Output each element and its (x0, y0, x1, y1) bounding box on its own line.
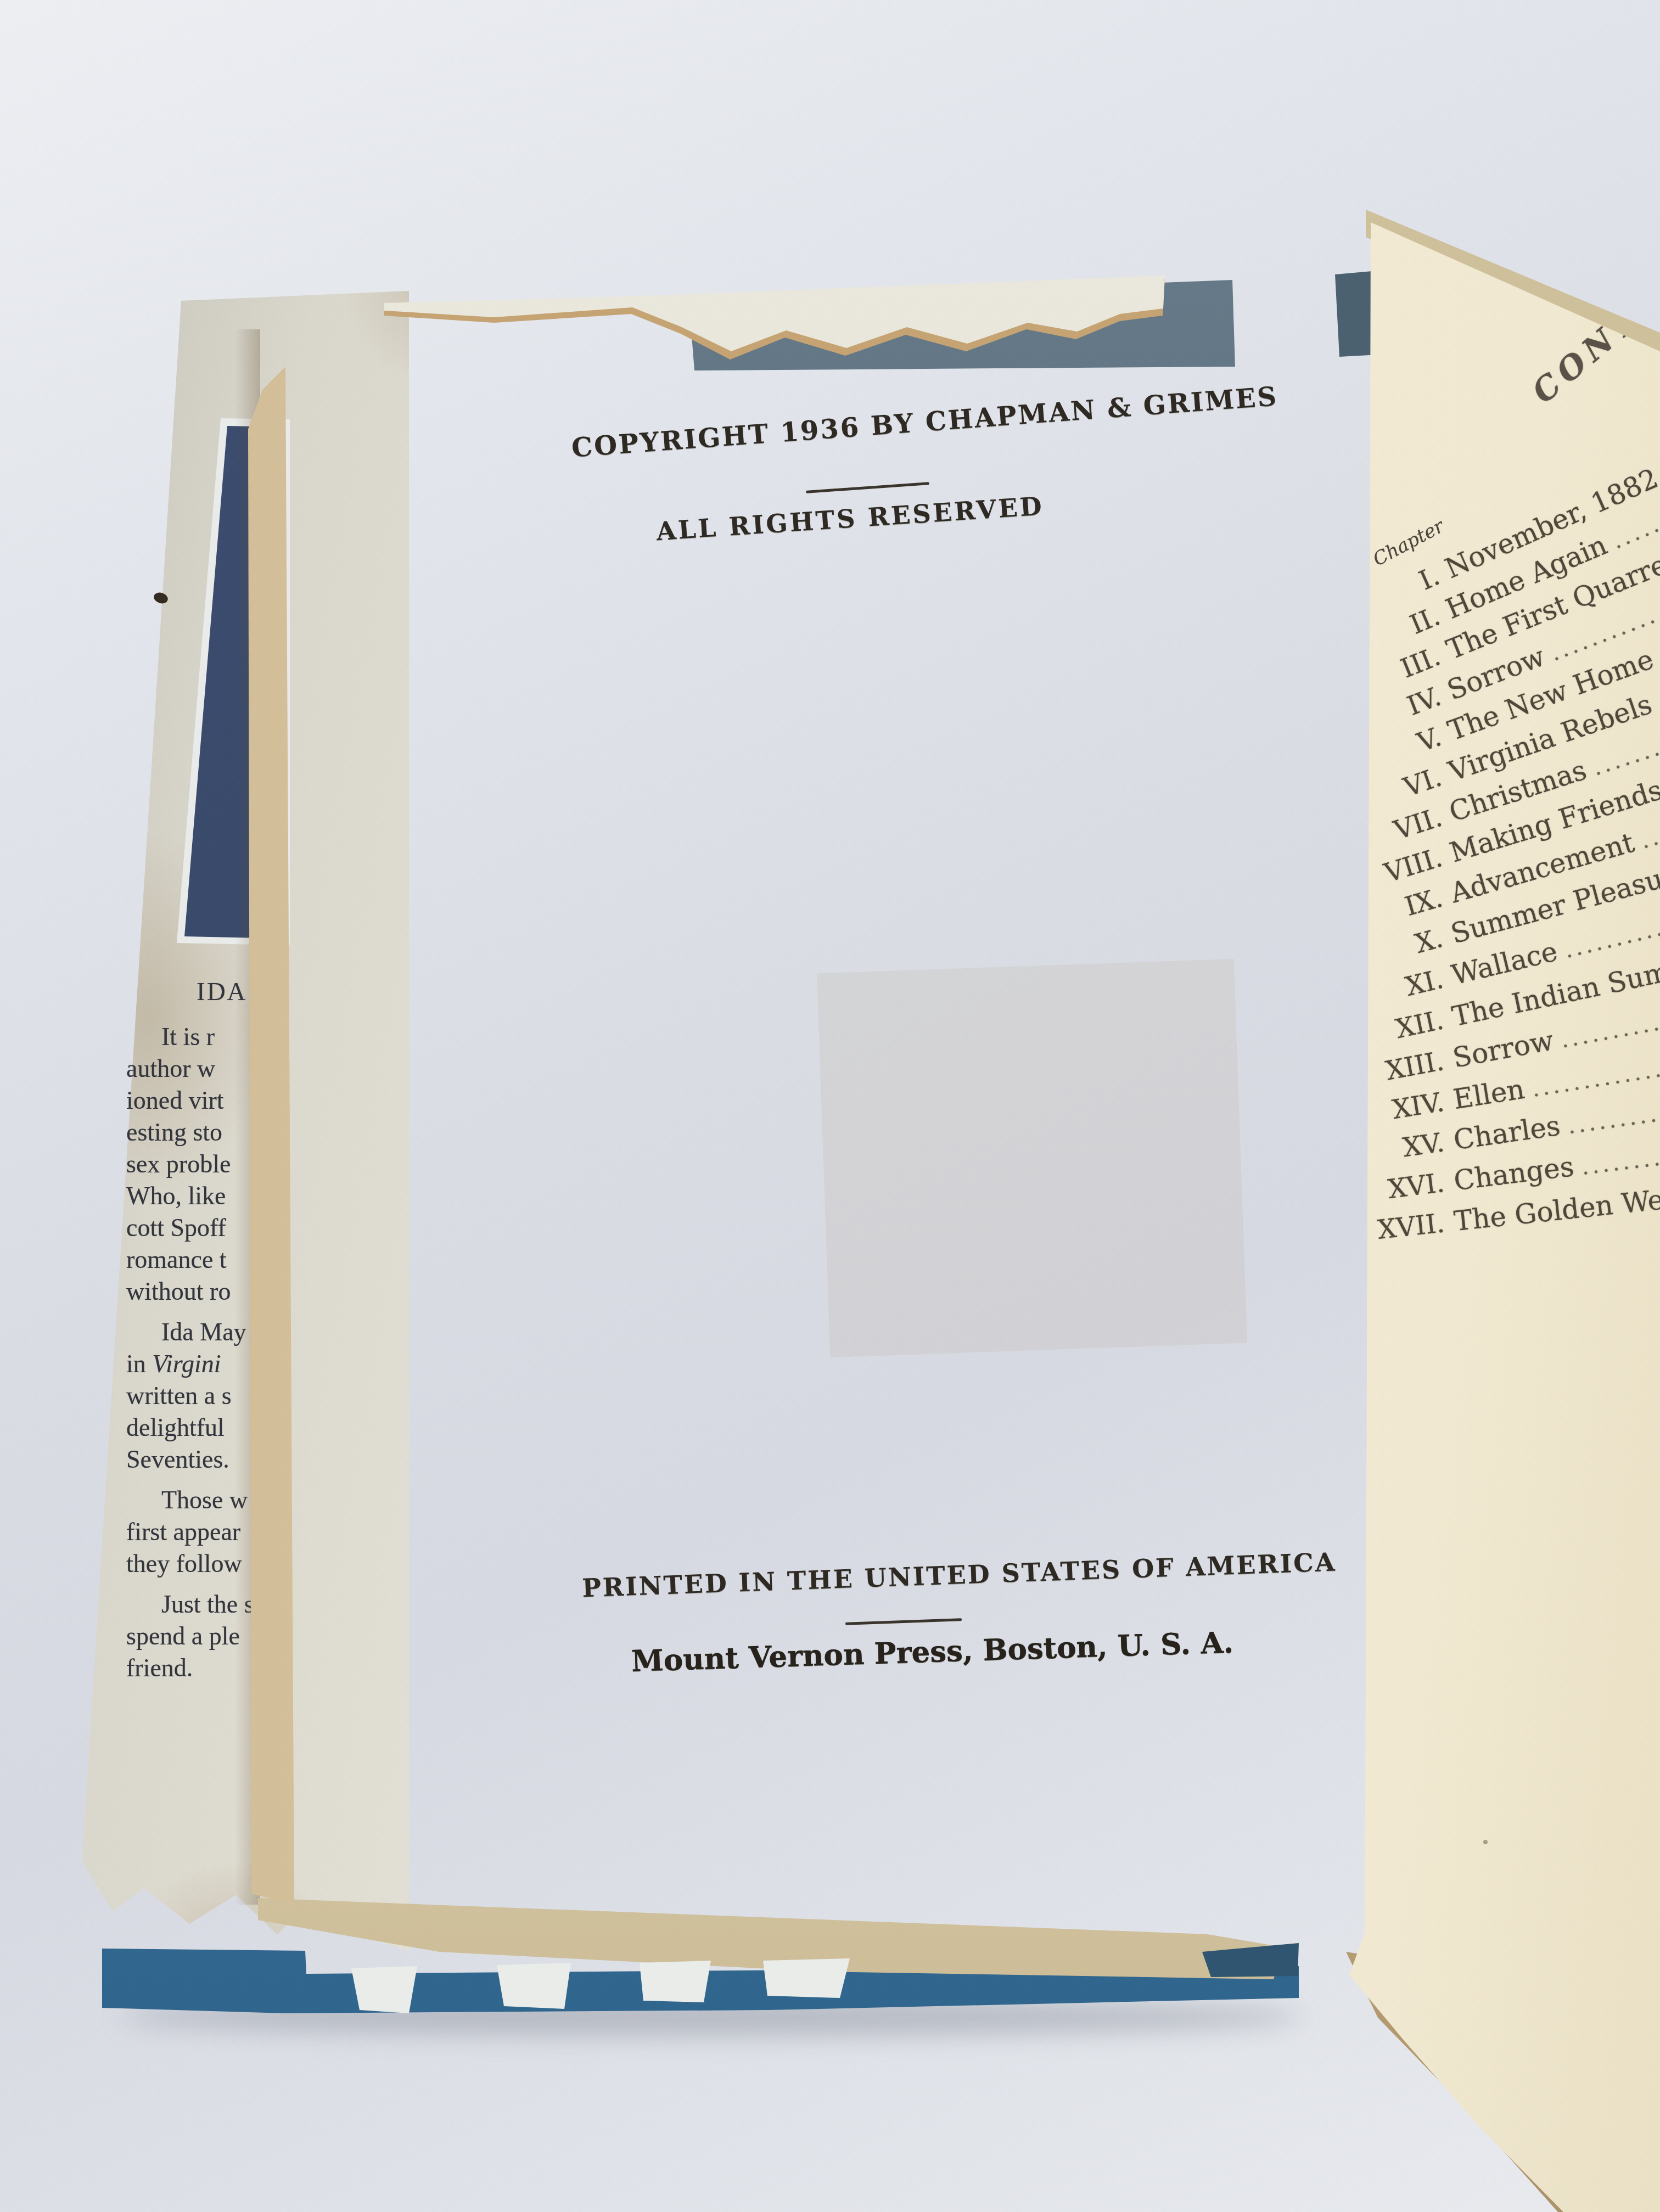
chapter-numeral: XII. (1359, 1004, 1446, 1052)
leader-dots: ........................................… (1573, 1131, 1660, 1181)
chapter-numeral: XVI. (1361, 1167, 1446, 1208)
chapter-numeral: XVII. (1361, 1208, 1446, 1247)
flap-book-title-fragment: Virgini (152, 1350, 221, 1378)
chapter-title: Sorrow (1450, 1024, 1556, 1074)
chapter-numeral: XV. (1360, 1127, 1446, 1169)
chapter-title: Charles (1451, 1110, 1562, 1156)
chapter-title: Changes (1452, 1150, 1575, 1197)
chapter-numeral: XIV. (1360, 1087, 1446, 1130)
book-photo: IDA It is r author w ioned virt esting s… (0, 0, 1660, 2212)
paper-speck (1483, 1840, 1488, 1844)
flap-text-fragment: in (126, 1350, 152, 1378)
print-showthrough (817, 959, 1247, 1357)
chapter-numeral: XIII. (1360, 1046, 1446, 1091)
chapter-title: Ellen (1451, 1073, 1527, 1116)
